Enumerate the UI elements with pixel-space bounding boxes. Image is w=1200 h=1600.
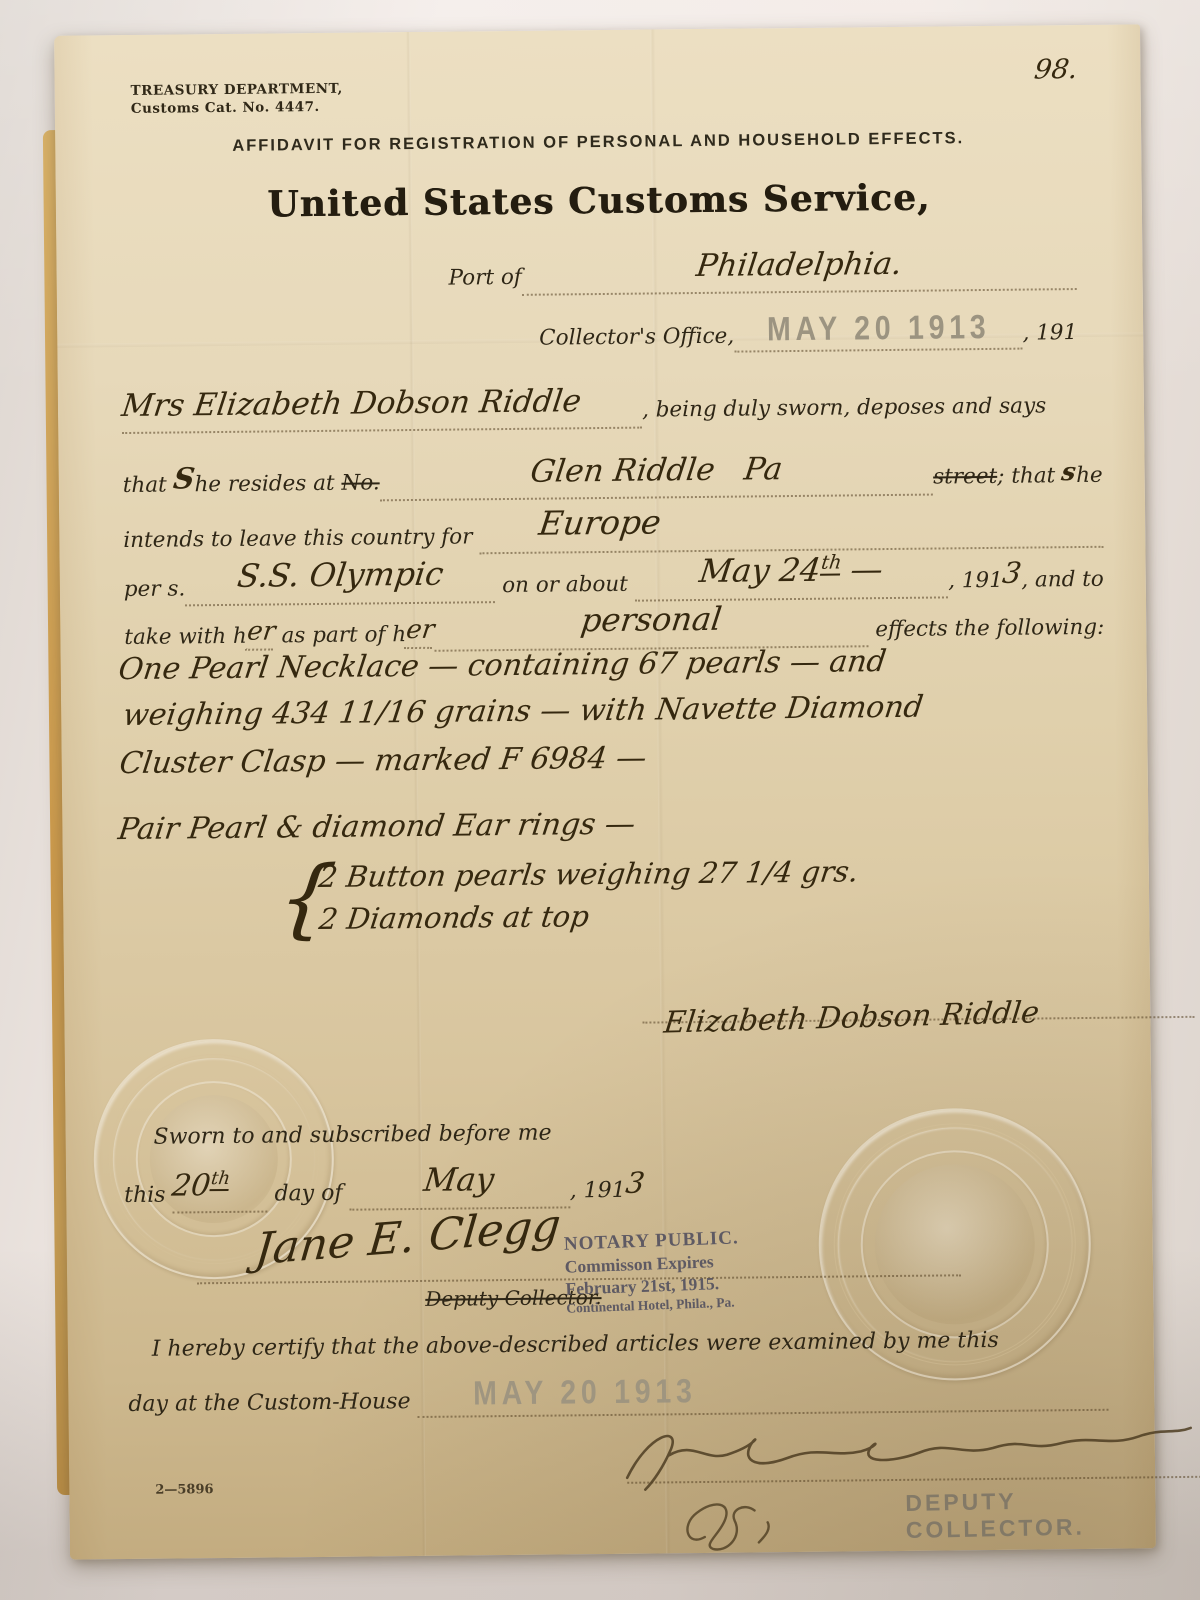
form-number: 2—5896 [155, 1482, 213, 1498]
destination-printed: intends to leave this country for [123, 522, 479, 555]
examination-date-stamp: MAY 20 1913 [473, 1373, 697, 1413]
declarant-name-field: Mrs Elizabeth Dobson Riddle [122, 388, 642, 434]
resides-printed-4: he [1076, 461, 1103, 490]
sworn-subscribed-line: Sworn to and subscribed before me [153, 1119, 551, 1153]
no-label-struck: No. [341, 468, 380, 497]
declarant-name-handwritten: Mrs Elizabeth Dobson Riddle [119, 382, 583, 426]
month-handwritten: May [422, 1159, 497, 1200]
day-field: 20th [172, 1173, 267, 1213]
document-page: 98. TREASURY DEPARTMENT, Customs Cat. No… [54, 24, 1156, 1559]
port-field: Philadelphia. [522, 249, 1077, 296]
agency-line1: TREASURY DEPARTMENT, [131, 81, 343, 101]
necklace-line-1: One Pearl Necklace — containing 67 pearl… [116, 643, 888, 689]
sail-date-handwritten: May 24th — [697, 549, 885, 591]
collectors-office-label: Collector's Office, [539, 322, 734, 353]
this-printed: this [124, 1181, 173, 1211]
service-title: United States Customs Service, [56, 174, 1142, 227]
office-year-suffix: , 191 [1022, 318, 1077, 348]
seal-center [874, 1164, 1036, 1326]
and-to-printed: , and to [1021, 565, 1104, 595]
earrings-detail-1: 2 Button pearls weighing 27 1/4 grs. [317, 853, 861, 895]
page-number: 98. [1032, 53, 1079, 87]
deputy-collector-stamp: DEPUTY COLLECTOR. [905, 1485, 1156, 1544]
sail-date-field: May 24th — [634, 556, 948, 601]
destination-handwritten: Europe [536, 501, 663, 544]
photograph-background: 98. TREASURY DEPARTMENT, Customs Cat. No… [0, 0, 1200, 1600]
port-label: Port of [448, 263, 522, 293]
day-superscript: th [210, 1168, 232, 1191]
address-field: Glen Riddle Pa [379, 455, 933, 502]
vessel-field: S.S. Olympic [185, 561, 495, 606]
port-value-handwritten: Philadelphia. [694, 245, 904, 286]
address-handwritten: Glen Riddle Pa [528, 450, 785, 491]
sworn-clause: , being duly sworn, deposes and says [642, 391, 1047, 424]
on-or-about-printed: on or about [495, 570, 635, 600]
earrings-detail-2: 2 Diamonds at top [317, 898, 591, 937]
street-label-struck: street [933, 462, 997, 492]
custom-house-printed: day at the Custom-House [128, 1387, 417, 1420]
effects-printed: effects the following: [868, 613, 1104, 644]
agency-line2: Customs Cat. No. 4447. [131, 98, 343, 118]
necklace-line-3: Cluster Clasp — marked F 6984 — [117, 740, 648, 783]
sail-date-dash: — [838, 550, 885, 588]
resides-printed-1: that [123, 471, 174, 501]
take-with-printed-2: as part of h [275, 620, 407, 650]
year-printed: , 191 [948, 566, 1003, 596]
year-digit-handwritten: 3 [1000, 555, 1023, 591]
her-handwritten-1: er [245, 615, 277, 650]
notary-rubber-stamp: NOTARY PUBLIC. Commisson Expires Februar… [564, 1226, 742, 1317]
paper-crease [406, 32, 426, 1556]
per-printed: per s. [124, 574, 186, 604]
destination-field: Europe [479, 505, 1103, 555]
take-with-printed-1: take with h [124, 622, 247, 652]
office-date-field: MAY 20 1913 [734, 314, 1023, 353]
date-stamp: MAY 20 1913 [766, 309, 990, 349]
her-handwritten-2: er [404, 614, 436, 649]
agency-heading: TREASURY DEPARTMENT, Customs Cat. No. 44… [131, 81, 344, 118]
she-s-handwritten: S [171, 460, 197, 497]
resides-printed-3: ; that [997, 461, 1062, 491]
notary-year-printed: , 191 [570, 1176, 626, 1206]
day-number: 20 [170, 1168, 213, 1203]
effects-kind-handwritten: personal [578, 599, 724, 641]
earrings-heading: Pair Pearl & diamond Ear rings — [116, 806, 638, 849]
day-handwritten: 20th [170, 1167, 232, 1205]
initials-scrawl [674, 1490, 795, 1553]
notary-year-digit-handwritten: 3 [623, 1165, 646, 1201]
form-title: AFFIDAVIT FOR REGISTRATION OF PERSONAL A… [55, 127, 1141, 157]
resides-printed-2: he resides at [194, 469, 341, 500]
necklace-line-2: weighing 434 11/16 grains — with Navette… [121, 689, 926, 735]
sail-date-text: May 24 [697, 551, 823, 590]
day-of-printed: day of [267, 1179, 349, 1210]
vessel-handwritten: S.S. Olympic [235, 554, 446, 596]
